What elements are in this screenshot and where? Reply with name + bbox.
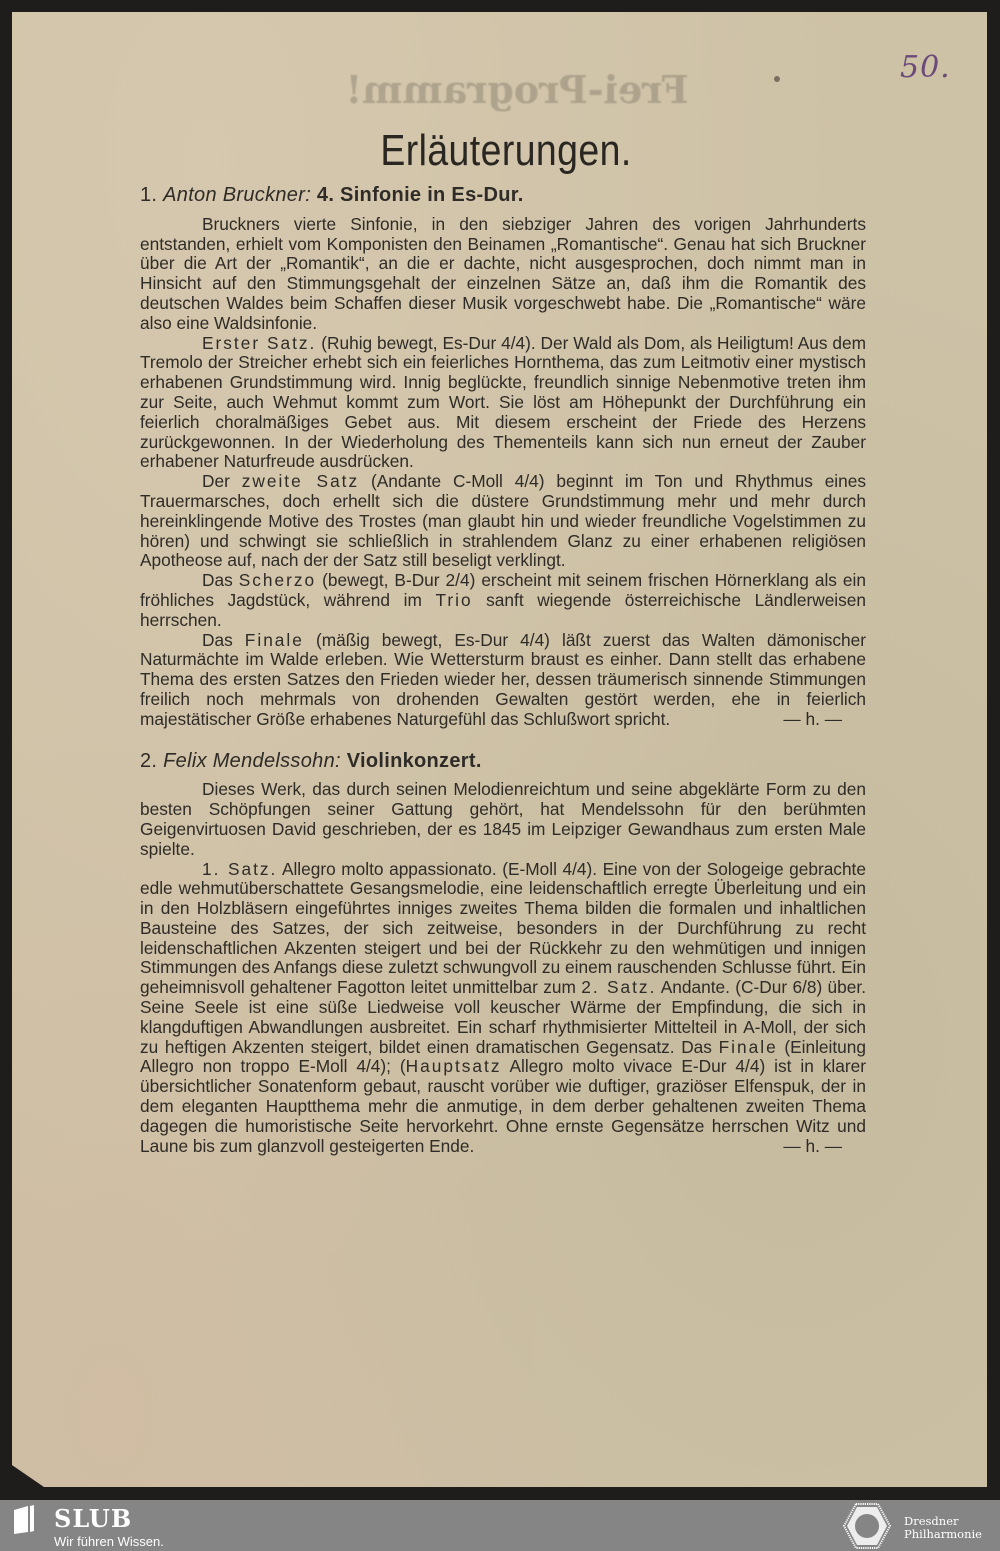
section-number: 2.	[140, 750, 157, 772]
slub-logo-text[interactable]: SLUB	[54, 1504, 132, 1533]
section-heading-bruckner: 1. Anton Bruckner: 4. Sinfonie in Es-Dur…	[140, 186, 866, 206]
paragraph-finale: Das Finale (mäßig bewegt, Es-Dur 4/4) lä…	[140, 631, 866, 730]
sunburst-ring-icon[interactable]	[842, 1502, 892, 1550]
slub-tagline: Wir führen Wissen.	[54, 1534, 164, 1549]
document-body: 1. Anton Bruckner: 4. Sinfonie in Es-Dur…	[140, 186, 866, 1156]
work-title: 4. Sinfonie in Es-Dur.	[317, 184, 524, 206]
movement-label: Finale	[245, 630, 304, 650]
paper-spot	[774, 76, 780, 82]
paragraph-first-movement: Erster Satz. (Ruhig bewegt, Es-Dur 4/4).…	[140, 334, 866, 473]
paragraph-second-movement: Der zweite Satz (Andante C-Moll 4/4) beg…	[140, 472, 866, 571]
prefix: Das	[202, 630, 233, 650]
signature: — h. —	[721, 710, 842, 730]
paragraph-intro: Dieses Werk, das durch seinen Melodienre…	[140, 780, 866, 859]
handwritten-page-number: 50.	[900, 50, 951, 85]
paragraph-movements: 1. Satz. Allegro molto appassionato. (E-…	[140, 860, 866, 1157]
footer-bar: SLUB Wir führen Wissen. Dresdner Philhar…	[0, 1500, 1000, 1551]
composer-name: Felix Mendelssohn:	[163, 750, 341, 772]
composer-name: Anton Bruckner:	[163, 184, 311, 206]
section-number: 1.	[140, 184, 157, 206]
section-heading-mendelssohn: 2. Felix Mendelssohn: Violinkonzert.	[140, 752, 866, 772]
book-icon	[12, 1504, 40, 1536]
signature: — h. —	[721, 1137, 842, 1157]
movement-label: 1. Satz.	[202, 859, 277, 879]
movement-label: Hauptsatz	[406, 1056, 502, 1076]
prefix: Der	[202, 471, 230, 491]
movement-label: 2. Satz.	[581, 977, 656, 997]
dresdner-philharmonie-logo-text[interactable]: Dresdner Philharmonie	[904, 1515, 982, 1541]
page-title: Erläuterungen.	[76, 126, 936, 176]
movement-label: zweite Satz	[242, 471, 359, 491]
movement-label: Erster Satz.	[202, 333, 316, 353]
prefix: Das	[202, 570, 233, 590]
logo-line-2: Philharmonie	[904, 1528, 982, 1541]
movement-label: Finale	[719, 1037, 778, 1057]
work-title: Violinkonzert.	[347, 750, 482, 772]
movement-label: Scherzo	[239, 570, 316, 590]
paragraph-intro: Bruckners vierte Sinfonie, in den siebzi…	[140, 215, 866, 334]
paragraph-text: (Ruhig bewegt, Es-Dur 4/4). Der Wald als…	[140, 333, 866, 472]
mirrored-stamp-bleedthrough: Frei-Programm!	[302, 67, 732, 112]
paragraph-scherzo: Das Scherzo (bewegt, B-Dur 2/4) erschein…	[140, 571, 866, 630]
trio-label: Trio	[435, 590, 472, 610]
